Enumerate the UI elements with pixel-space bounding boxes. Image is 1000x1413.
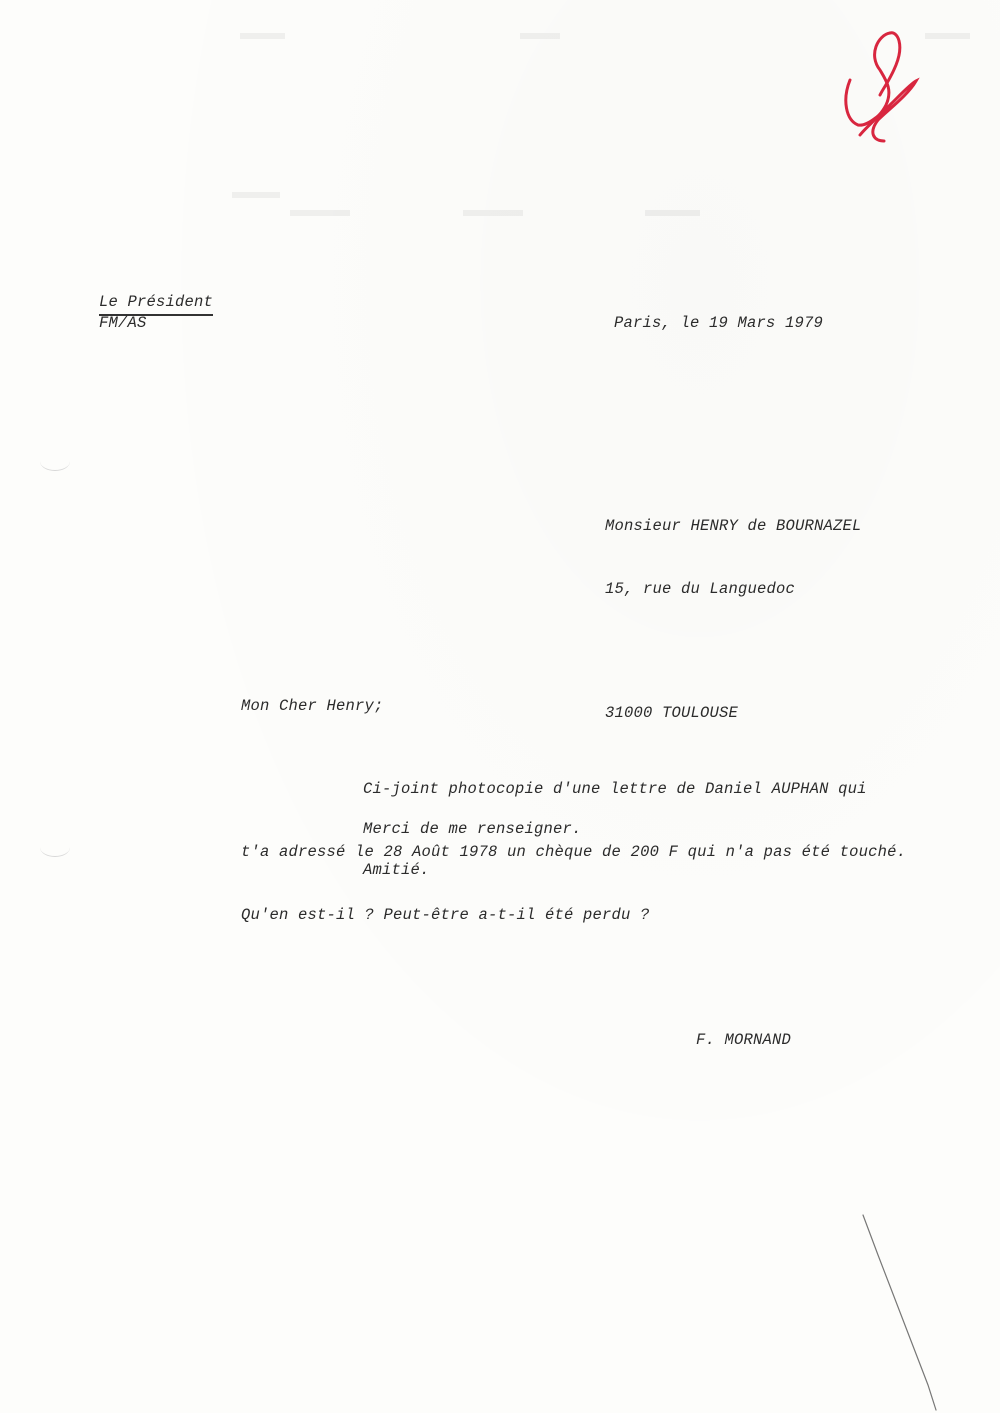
body-line: Ci-joint photocopie d'une lettre de Dani…: [241, 779, 906, 800]
letter-page: Le Président FM/AS Paris, le 19 Mars 197…: [0, 0, 1000, 1413]
recipient-city: 31000 TOULOUSE: [605, 703, 862, 724]
punch-hole: [40, 452, 70, 471]
show-through-mark: [925, 33, 970, 39]
closing: Amitié.: [363, 860, 430, 881]
punch-hole: [40, 838, 70, 857]
handwritten-initials-mark: [838, 25, 928, 145]
salutation: Mon Cher Henry;: [241, 696, 384, 717]
date-line: Paris, le 19 Mars 1979: [614, 313, 823, 334]
recipient-name: Monsieur HENRY de BOURNAZEL: [605, 516, 862, 537]
show-through-mark: [463, 210, 523, 216]
recipient-street: 15, rue du Languedoc: [605, 579, 862, 600]
show-through-mark: [240, 33, 285, 39]
closing-request: Merci de me renseigner.: [363, 819, 582, 840]
body-paragraph: Ci-joint photocopie d'une lettre de Dani…: [241, 737, 906, 968]
sender-reference: FM/AS: [99, 313, 147, 334]
show-through-mark: [520, 33, 560, 39]
body-line: Qu'en est-il ? Peut-être a-t-il été perd…: [241, 905, 906, 926]
signature: F. MORNAND: [696, 1030, 791, 1051]
show-through-mark: [290, 210, 350, 216]
stray-pen-stroke: [858, 1210, 948, 1413]
show-through-mark: [232, 192, 280, 198]
show-through-mark: [645, 210, 700, 216]
body-line: t'a adressé le 28 Août 1978 un chèque de…: [241, 842, 906, 863]
recipient-address: Monsieur HENRY de BOURNAZEL 15, rue du L…: [605, 474, 862, 766]
